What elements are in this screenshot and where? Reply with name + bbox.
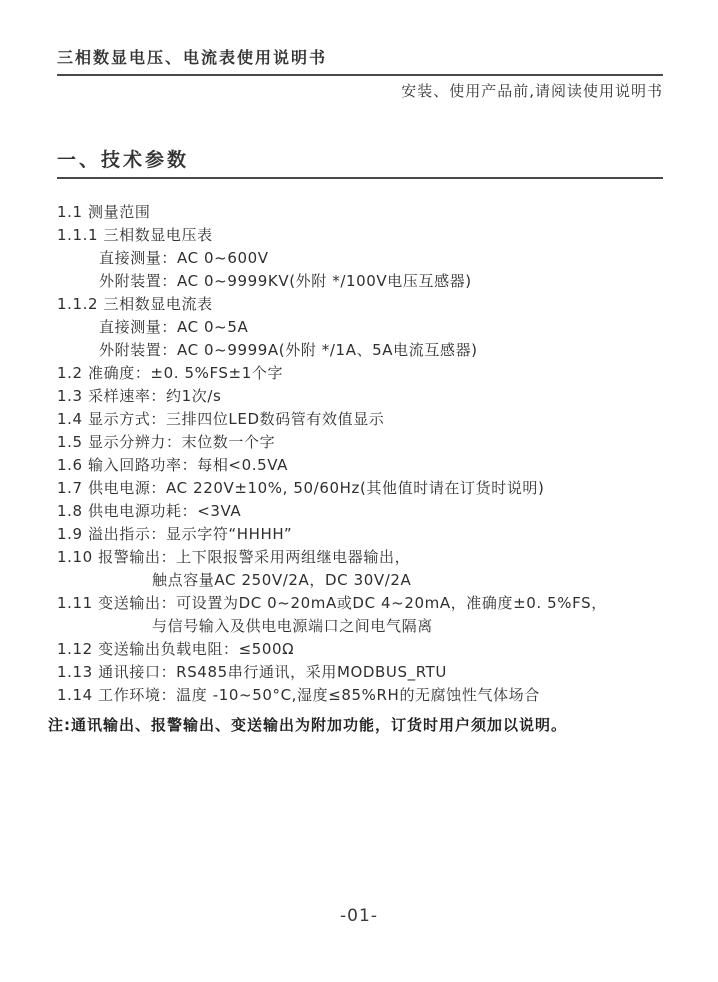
manual-page: 三相数显电压、电流表使用说明书 安装、使用产品前,请阅读使用说明书 一、技术参数… <box>0 0 718 982</box>
spec-line-1-6: 1.6 输入回路功率：每相<0.5VA <box>57 454 663 477</box>
spec-line-1-7: 1.7 供电电源：AC 220V±10%, 50/60Hz(其他值时请在订货时说… <box>57 477 663 500</box>
spec-line-external-a: 外附装置：AC 0~9999A(外附 */1A、5A电流互感器) <box>57 339 663 362</box>
header-notice: 安装、使用产品前,请阅读使用说明书 <box>57 81 663 101</box>
spec-line-external-v: 外附装置：AC 0~9999KV(外附 */100V电压互感器) <box>57 270 663 293</box>
spec-line-direct-v: 直接测量：AC 0~600V <box>57 247 663 270</box>
spec-line-1-10: 1.10 报警输出：上下限报警采用两组继电器输出， <box>57 546 663 569</box>
spec-line-1-1-2: 1.1.2 三相数显电流表 <box>57 293 663 316</box>
spec-line-1-1: 1.1 测量范围 <box>57 201 663 224</box>
page-header: 三相数显电压、电流表使用说明书 安装、使用产品前,请阅读使用说明书 <box>57 47 663 101</box>
doc-title: 三相数显电压、电流表使用说明书 <box>57 47 663 69</box>
spec-line-1-2: 1.2 准确度：±0. 5%FS±1个字 <box>57 362 663 385</box>
spec-line-1-9: 1.9 溢出指示：显示字符“HHHH” <box>57 523 663 546</box>
spec-line-1-1-1: 1.1.1 三相数显电压表 <box>57 224 663 247</box>
spec-line-1-4: 1.4 显示方式：三排四位LED数码管有效值显示 <box>57 408 663 431</box>
spec-line-direct-a: 直接测量：AC 0~5A <box>57 316 663 339</box>
spec-line-1-5: 1.5 显示分辨力：末位数一个字 <box>57 431 663 454</box>
section-divider <box>57 177 663 179</box>
spec-line-1-12: 1.12 变送输出负载电阻：≤500Ω <box>57 638 663 661</box>
section-title: 一、技术参数 <box>57 147 663 173</box>
page-number: -01- <box>0 906 718 926</box>
tech-params-section: 一、技术参数 1.1 测量范围 1.1.1 三相数显电压表 直接测量：AC 0~… <box>57 147 663 736</box>
spec-line-1-10-cont: 触点容量AC 250V/2A，DC 30V/2A <box>57 569 663 592</box>
spec-line-1-11-cont: 与信号输入及供电电源端口之间电气隔离 <box>57 615 663 638</box>
header-divider <box>57 74 663 76</box>
spec-line-1-8: 1.8 供电电源功耗：<3VA <box>57 500 663 523</box>
spec-line-1-3: 1.3 采样速率：约1次/s <box>57 385 663 408</box>
spec-line-1-11: 1.11 变送输出：可设置为DC 0~20mA或DC 4~20mA，准确度±0.… <box>57 592 663 615</box>
page-content: 三相数显电压、电流表使用说明书 安装、使用产品前,请阅读使用说明书 一、技术参数… <box>57 0 663 736</box>
order-note: 注:通讯输出、报警输出、变送输出为附加功能，订货时用户须加以说明。 <box>48 714 663 736</box>
spec-list: 1.1 测量范围 1.1.1 三相数显电压表 直接测量：AC 0~600V 外附… <box>57 201 663 707</box>
spec-line-1-13: 1.13 通讯接口：RS485串行通讯，采用MODBUS_RTU <box>57 661 663 684</box>
spec-line-1-14: 1.14 工作环境：温度 -10~50°C,湿度≤85%RH的无腐蚀性气体场合 <box>57 684 663 707</box>
